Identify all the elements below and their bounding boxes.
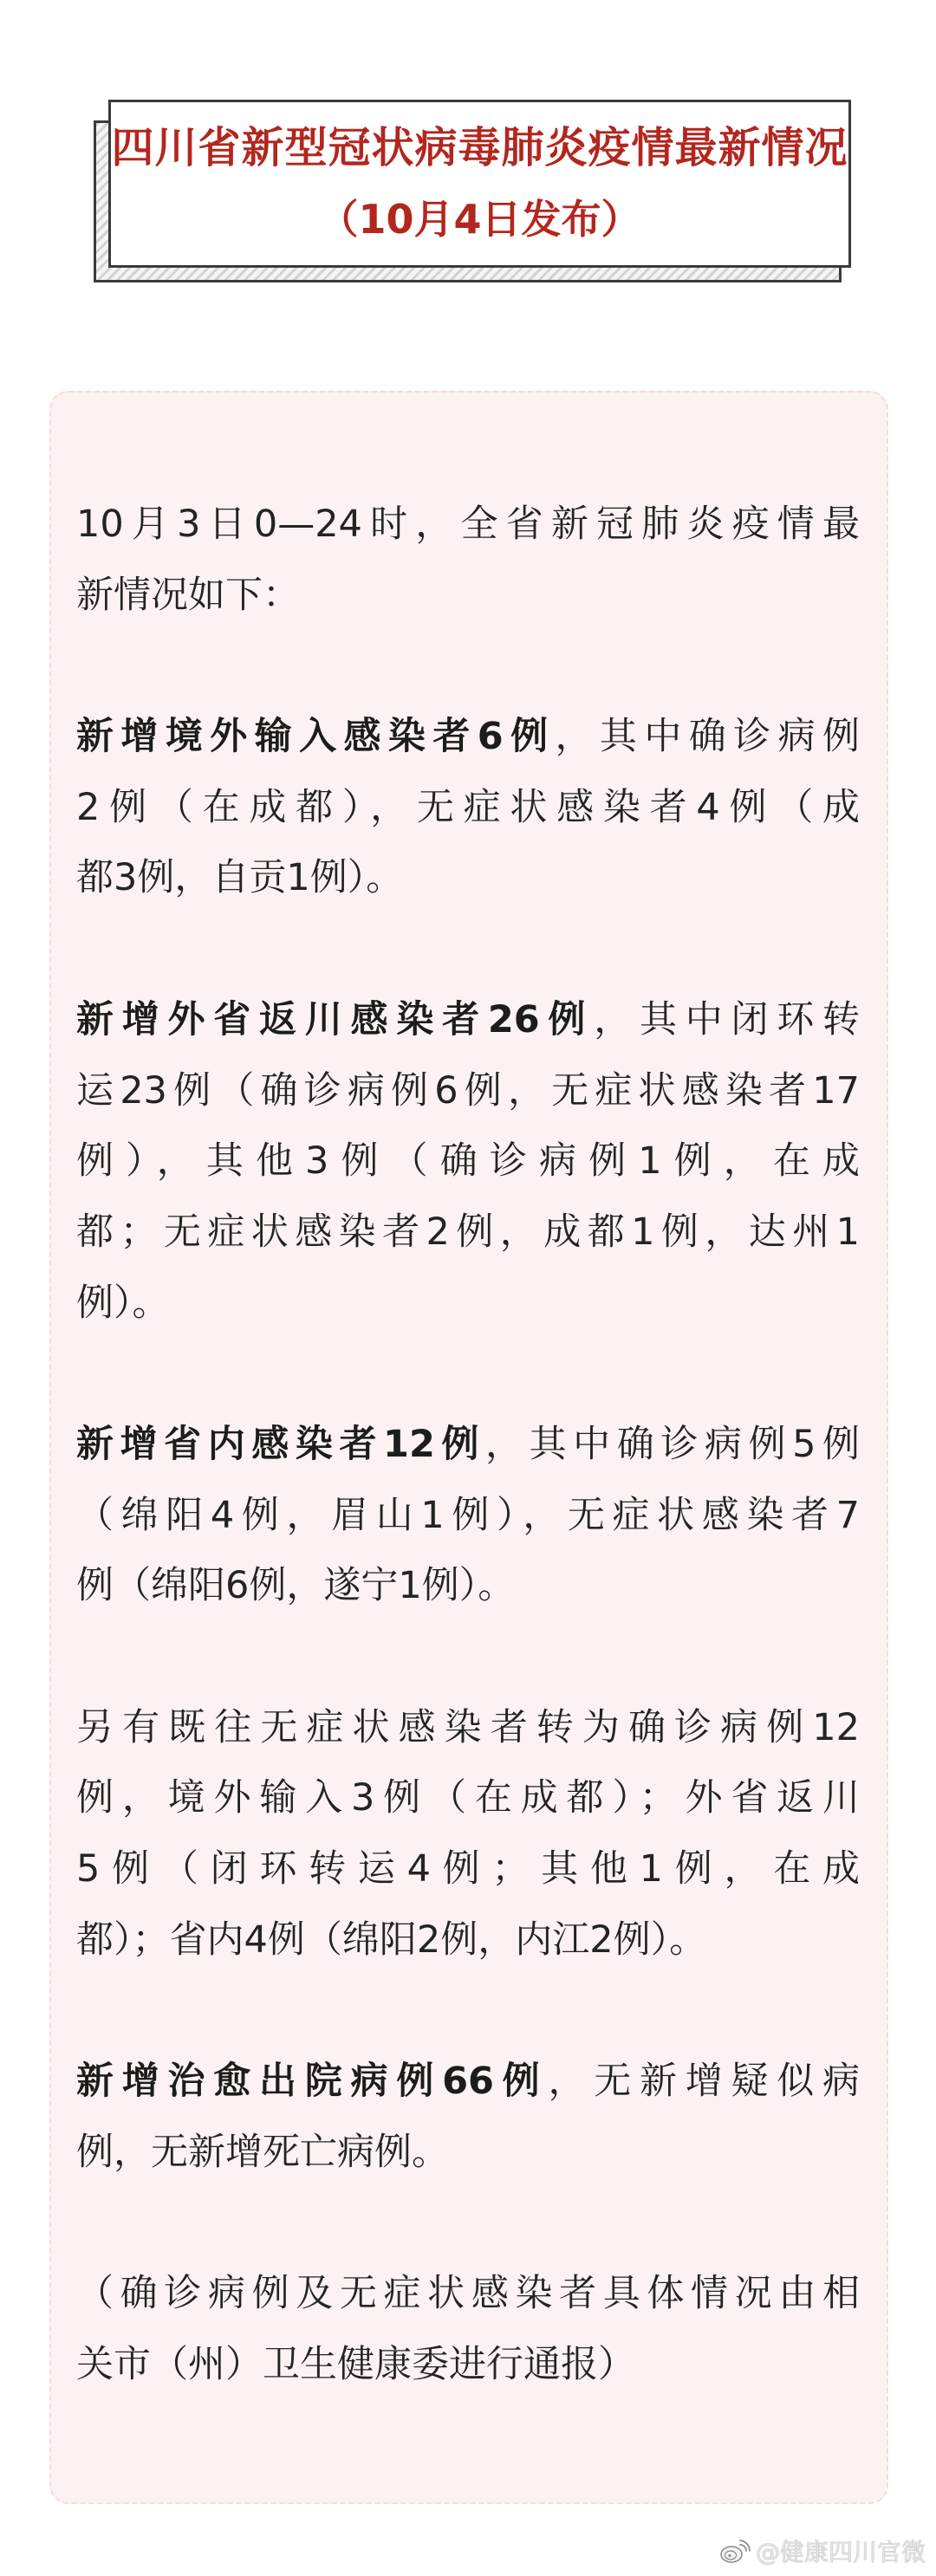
text-segment: 例）。 bbox=[76, 1282, 170, 1325]
text-line: 2例（在成都），无症状感染者4例（成 bbox=[76, 773, 860, 844]
report-body: 10月3日0—24时，全省新冠肺炎疫情最 新情况如下： 新增境外输入感染者6例，… bbox=[76, 490, 860, 2471]
text-line: 例，境外输入3例（在成都）；外省返川 bbox=[76, 1763, 860, 1834]
paragraph-footnote: （确诊病例及无症状感染者具体情况由相 关市（州）卫生健康委进行通报） bbox=[76, 2259, 860, 2400]
text-segment: 10月3日0—24时，全省新冠肺炎疫情最 bbox=[76, 503, 860, 546]
highlight-segment: 新增境外输入感染者6例 bbox=[76, 715, 556, 758]
text-segment: 运23例（确诊病例6例，无症状感染者17 bbox=[76, 1069, 860, 1113]
text-segment: 2例（在成都），无症状感染者4例（成 bbox=[76, 786, 860, 829]
release-date: （10月4日发布） bbox=[318, 184, 640, 255]
text-line: 10月3日0—24时，全省新冠肺炎疫情最 bbox=[76, 490, 860, 561]
text-line: 例）。 bbox=[76, 1269, 860, 1340]
text-segment: 都3例，自贡1例）。 bbox=[76, 856, 403, 899]
watermark-text: @健康四川官微 bbox=[756, 2534, 926, 2568]
text-line: 关市（州）卫生健康委进行通报） bbox=[76, 2330, 860, 2401]
highlight-segment: 新增治愈出院病例66例 bbox=[76, 2060, 548, 2103]
text-line: 都）；省内4例（绵阳2例，内江2例）。 bbox=[76, 1905, 860, 1976]
paragraph-returning-cases: 新增外省返川感染者26例，其中闭环转 运23例（确诊病例6例，无症状感染者17 … bbox=[76, 985, 860, 1339]
paragraph-imported-cases: 新增境外输入感染者6例，其中确诊病例 2例（在成都），无症状感染者4例（成 都3… bbox=[76, 702, 860, 914]
text-segment: 另有既往无症状感染者转为确诊病例12 bbox=[76, 1706, 860, 1749]
watermark: @健康四川官微 bbox=[719, 2535, 926, 2566]
text-segment: 都）；省内4例（绵阳2例，内江2例）。 bbox=[76, 1918, 706, 1962]
text-line: （绵阳4例，眉山1例），无症状感染者7 bbox=[76, 1481, 860, 1552]
text-line: 都3例，自贡1例）。 bbox=[76, 843, 860, 914]
text-segment: （绵阳4例，眉山1例），无症状感染者7 bbox=[76, 1494, 860, 1537]
text-segment: 例），其他3例（确诊病例1例，在成 bbox=[76, 1139, 860, 1183]
text-segment: 例，无新增死亡病例。 bbox=[76, 2131, 449, 2174]
text-line: 新增治愈出院病例66例，无新增疑似病 bbox=[76, 2047, 860, 2118]
text-line: 例），其他3例（确诊病例1例，在成 bbox=[76, 1126, 860, 1197]
paragraph-summary-intro: 10月3日0—24时，全省新冠肺炎疫情最 新情况如下： bbox=[76, 490, 860, 631]
text-line: 另有既往无症状感染者转为确诊病例12 bbox=[76, 1693, 860, 1764]
text-line: 例，无新增死亡病例。 bbox=[76, 2118, 860, 2189]
highlight-segment: 新增省内感染者12例 bbox=[76, 1423, 485, 1466]
text-segment: ，其中确诊病例5例 bbox=[485, 1423, 860, 1466]
text-line: 新增省内感染者12例，其中确诊病例5例 bbox=[76, 1410, 860, 1481]
text-line: 新增外省返川感染者26例，其中闭环转 bbox=[76, 985, 860, 1056]
text-segment: 例，境外输入3例（在成都）；外省返川 bbox=[76, 1776, 860, 1820]
highlight-segment: 新增外省返川感染者26例 bbox=[76, 998, 594, 1041]
text-segment: 5例（闭环转运4例；其他1例，在成 bbox=[76, 1847, 860, 1891]
text-segment: 新情况如下： bbox=[76, 574, 300, 617]
paragraph-reclassified-cases: 另有既往无症状感染者转为确诊病例12 例，境外输入3例（在成都）；外省返川 5例… bbox=[76, 1693, 860, 1976]
text-line: 新增境外输入感染者6例，其中确诊病例 bbox=[76, 702, 860, 773]
text-segment: 都；无症状感染者2例，成都1例，达州1 bbox=[76, 1210, 860, 1254]
text-line: 新情况如下： bbox=[76, 561, 860, 632]
page-title: 四川省新型冠状病毒肺炎疫情最新情况 bbox=[111, 113, 848, 184]
text-segment: ，无新增疑似病 bbox=[548, 2060, 860, 2103]
text-line: 5例（闭环转运4例；其他1例，在成 bbox=[76, 1834, 860, 1905]
text-segment: ，其中闭环转 bbox=[594, 998, 860, 1041]
title-box: 四川省新型冠状病毒肺炎疫情最新情况 （10月4日发布） bbox=[108, 100, 851, 268]
text-line: 例（绵阳6例，遂宁1例）。 bbox=[76, 1551, 860, 1622]
paragraph-local-cases: 新增省内感染者12例，其中确诊病例5例 （绵阳4例，眉山1例），无症状感染者7 … bbox=[76, 1410, 860, 1622]
text-segment: 关市（州）卫生健康委进行通报） bbox=[76, 2343, 635, 2386]
weibo-icon bbox=[719, 2537, 751, 2565]
text-segment: ，其中确诊病例 bbox=[556, 715, 861, 758]
text-line: （确诊病例及无症状感染者具体情况由相 bbox=[76, 2259, 860, 2330]
text-line: 运23例（确诊病例6例，无症状感染者17 bbox=[76, 1056, 860, 1127]
text-line: 都；无症状感染者2例，成都1例，达州1 bbox=[76, 1197, 860, 1269]
text-segment: 例（绵阳6例，遂宁1例）。 bbox=[76, 1564, 515, 1607]
text-segment: （确诊病例及无症状感染者具体情况由相 bbox=[76, 2272, 860, 2315]
paragraph-recovered-cases: 新增治愈出院病例66例，无新增疑似病 例，无新增死亡病例。 bbox=[76, 2047, 860, 2188]
